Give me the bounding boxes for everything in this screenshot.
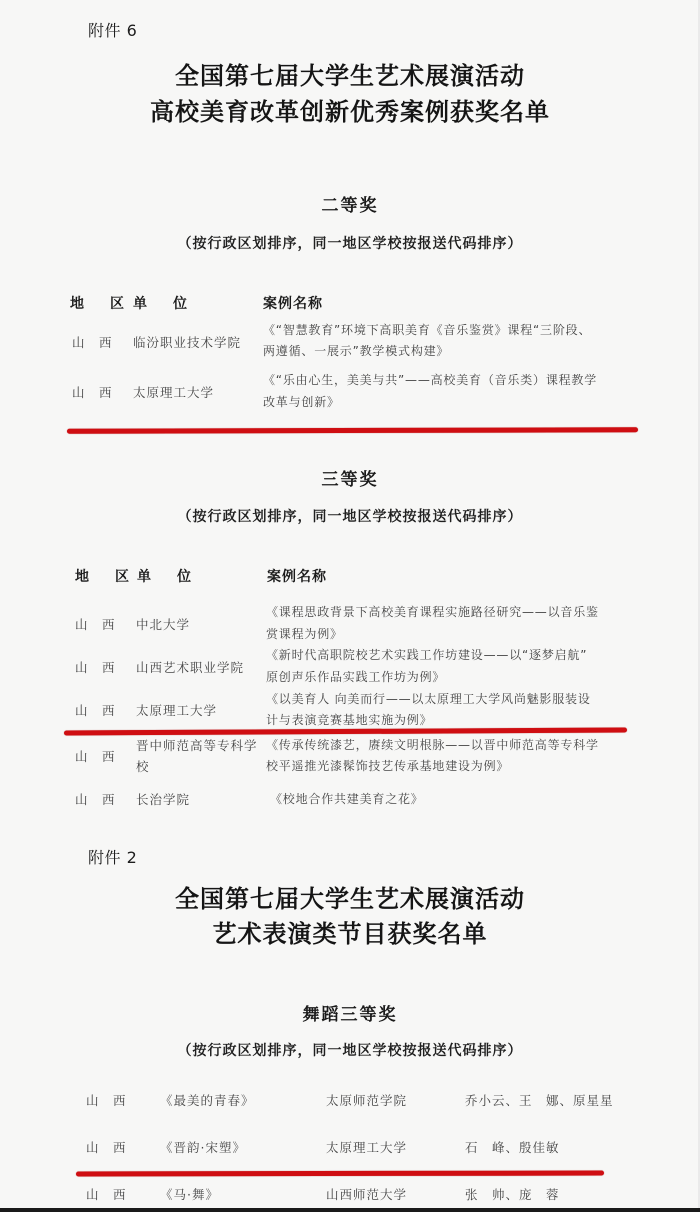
region-cell: 山 西: [72, 382, 113, 403]
doc-title-line2: 艺术表演类节目获奖名单: [0, 914, 700, 949]
case-cell-line2: 两遵循、一展示”教学模式构建》: [263, 341, 449, 362]
case-cell-line1: 《新时代高职院校艺术实践工作坊建设——以“逐梦启航”: [266, 645, 587, 666]
region-cell: 山 西: [86, 1184, 127, 1205]
case-cell-line2: 原创声乐作品实践工作坊为例》: [266, 667, 445, 688]
program-cell: 《最美的青春》: [160, 1090, 255, 1111]
column-header-case: 案例名称: [267, 566, 327, 586]
case-cell-line1: 《传承传统漆艺，赓续文明根脉——以晋中师范高等专科学: [266, 735, 599, 756]
region-cell: 山 西: [86, 1090, 127, 1111]
case-cell-line2: 赏课程为例》: [266, 624, 343, 645]
school-cell: 太原理工大学: [326, 1137, 407, 1158]
attachment-label-2: 附件 2: [88, 845, 137, 868]
region-cell: 山 西: [75, 789, 116, 810]
program-cell: 《晋韵·宋塑》: [160, 1137, 246, 1158]
unit-cell: 中北大学: [136, 614, 190, 635]
column-header-case: 案例名称: [263, 293, 323, 313]
case-cell-line2: 改革与创新》: [263, 392, 340, 413]
unit-cell: 山西艺术职业学院: [136, 657, 244, 678]
case-cell-line1: 《“智慧教育”环境下高职美育《音乐鉴赏》课程“三阶段、: [263, 320, 591, 341]
award-heading-second: 二等奖: [0, 191, 700, 216]
school-cell: 山西师范大学: [326, 1184, 407, 1205]
case-cell-line1: 《课程思政背景下高校美育课程实施路径研究——以音乐鉴: [266, 602, 599, 623]
unit-cell: 临汾职业技术学院: [133, 332, 241, 353]
region-cell: 山 西: [86, 1137, 127, 1158]
column-header-region: 地 区: [70, 293, 130, 313]
column-header-unit: 单 位: [133, 293, 193, 313]
unit-cell-line2: 校: [136, 756, 150, 777]
performers-cell: 石 峰、殷佳敏: [465, 1137, 560, 1158]
unit-cell: 太原理工大学: [133, 382, 214, 403]
award-heading-third: 三等奖: [0, 465, 700, 490]
bottom-border: [0, 1208, 700, 1212]
sorting-note: （按行政区划排序，同一地区学校按报送代码排序）: [0, 233, 700, 253]
unit-cell-line1: 晋中师范高等专科学: [136, 735, 258, 756]
doc-title-line2: 高校美育改革创新优秀案例获奖名单: [0, 92, 700, 127]
school-cell: 太原师范学院: [326, 1090, 407, 1111]
column-header-region: 地 区: [75, 566, 135, 586]
sorting-note: （按行政区划排序，同一地区学校按报送代码排序）: [0, 506, 700, 526]
region-cell: 山 西: [75, 657, 116, 678]
case-cell-line1: 《校地合作共建美育之花》: [270, 789, 424, 810]
doc-title-line1: 全国第七届大学生艺术展演活动: [0, 56, 700, 91]
program-cell: 《马·舞》: [160, 1184, 219, 1205]
red-highlight-underline: [67, 427, 638, 433]
column-header-unit: 单 位: [137, 566, 197, 586]
red-highlight-underline: [76, 1171, 604, 1177]
case-cell-line1: 《以美育人 向美而行——以太原理工大学风尚魅影服装设: [266, 689, 591, 710]
sorting-note: （按行政区划排序，同一地区学校按报送代码排序）: [0, 1040, 700, 1060]
award-heading-dance-third: 舞蹈三等奖: [0, 1000, 700, 1025]
doc-title-line1: 全国第七届大学生艺术展演活动: [0, 879, 700, 914]
performers-cell: 张 帅、庞 蓉: [465, 1184, 560, 1205]
region-cell: 山 西: [75, 614, 116, 635]
case-cell-line1: 《“乐由心生，美美与共”——高校美育（音乐类）课程教学: [263, 370, 597, 391]
region-cell: 山 西: [72, 332, 113, 353]
region-cell: 山 西: [75, 746, 116, 767]
attachment-label-6: 附件 6: [88, 18, 137, 41]
region-cell: 山 西: [75, 700, 116, 721]
performers-cell: 乔小云、王 娜、原星星: [465, 1090, 614, 1111]
unit-cell: 长治学院: [136, 789, 190, 810]
unit-cell: 太原理工大学: [136, 700, 217, 721]
case-cell-line2: 校平遥推光漆髹饰技艺传承基地建设为例》: [266, 756, 509, 777]
